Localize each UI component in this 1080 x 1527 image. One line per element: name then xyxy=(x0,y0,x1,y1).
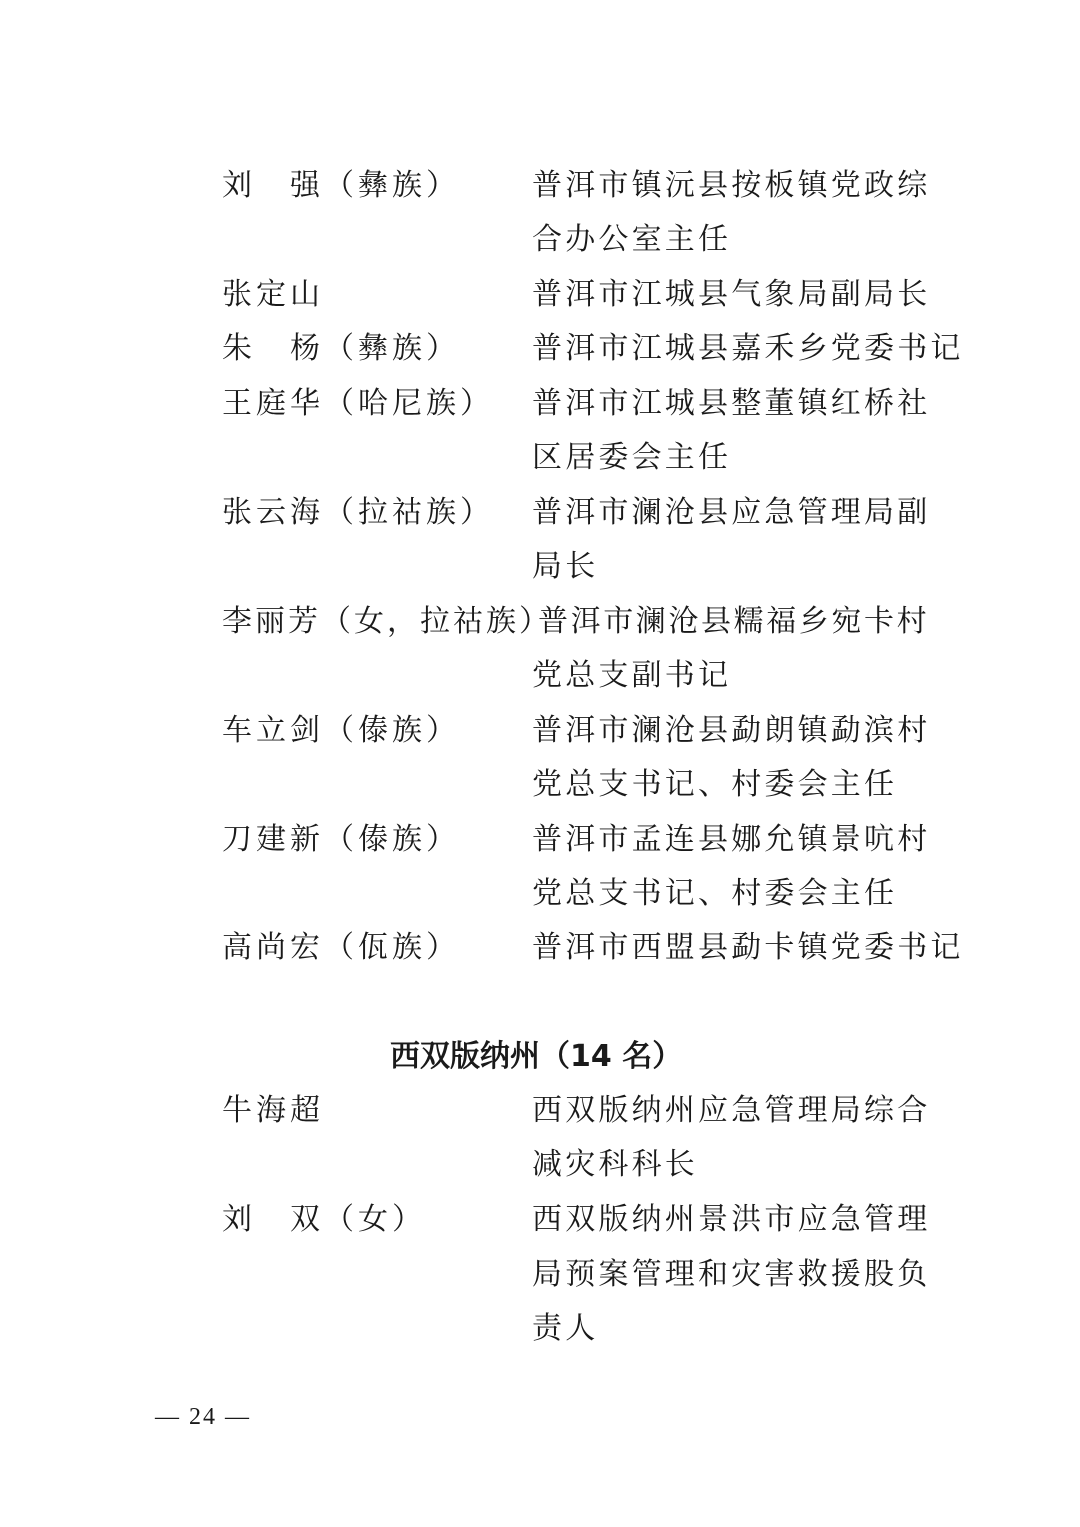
entry-desc: 区居委会主任 xyxy=(532,431,731,485)
entry-desc: 党总支副书记 xyxy=(532,649,731,703)
entry-name: 车立剑（傣族） xyxy=(222,704,460,758)
entry-desc: 普洱市孟连县娜允镇景吭村 xyxy=(532,813,930,867)
entry-desc: 责人 xyxy=(532,1302,598,1356)
entry-name: 张定山 xyxy=(222,268,324,322)
entry-desc: 普洱市江城县嘉禾乡党委书记 xyxy=(532,322,964,376)
entry-name: 牛海超 xyxy=(222,1084,324,1138)
entry-name: 刘 双（女） xyxy=(222,1193,426,1247)
document-page: 刘 强（彝族） 普洱市镇沅县按板镇党政综 合办公室主任 张定山 普洱市江城县气象… xyxy=(0,0,1080,1527)
entry-name: 王庭华（哈尼族） xyxy=(222,377,494,431)
entry-desc: 局预案管理和灾害救援股负 xyxy=(532,1248,930,1302)
entry-desc: 普洱市澜沧县勐朗镇勐滨村 xyxy=(532,704,930,758)
entry-desc: 普洱市澜沧县应急管理局副 xyxy=(532,486,930,540)
entry-desc: 普洱市镇沅县按板镇党政综 xyxy=(532,159,930,213)
entry-name: 刀建新（傣族） xyxy=(222,813,460,867)
entry-desc: 西双版纳州景洪市应急管理 xyxy=(532,1193,930,1247)
entry-desc: 党总支书记、村委会主任 xyxy=(532,758,897,812)
entry-desc: 西双版纳州应急管理局综合 xyxy=(532,1084,930,1138)
entry-name: 朱 杨（彝族） xyxy=(222,322,460,376)
entry-desc: 局长 xyxy=(532,540,598,594)
entry-desc: 合办公室主任 xyxy=(532,213,731,267)
entry-name: 刘 强（彝族） xyxy=(222,159,460,213)
entry-name: 李丽芳（女，拉祜族） xyxy=(222,595,552,649)
entry-desc: 普洱市江城县整董镇红桥社 xyxy=(532,377,930,431)
entry-desc: 党总支书记、村委会主任 xyxy=(532,867,897,921)
entry-name: 高尚宏（佤族） xyxy=(222,921,460,975)
page-number: — 24 — xyxy=(155,1400,251,1434)
entry-name: 张云海（拉祜族） xyxy=(222,486,494,540)
entry-desc: 减灾科科长 xyxy=(532,1138,698,1192)
entry-desc: 普洱市澜沧县糯福乡宛卡村 xyxy=(538,595,929,649)
entry-desc: 普洱市江城县气象局副局长 xyxy=(532,268,930,322)
entry-desc: 普洱市西盟县勐卡镇党委书记 xyxy=(532,921,964,975)
section-heading: 西双版纳州（14 名） xyxy=(390,1030,682,1084)
